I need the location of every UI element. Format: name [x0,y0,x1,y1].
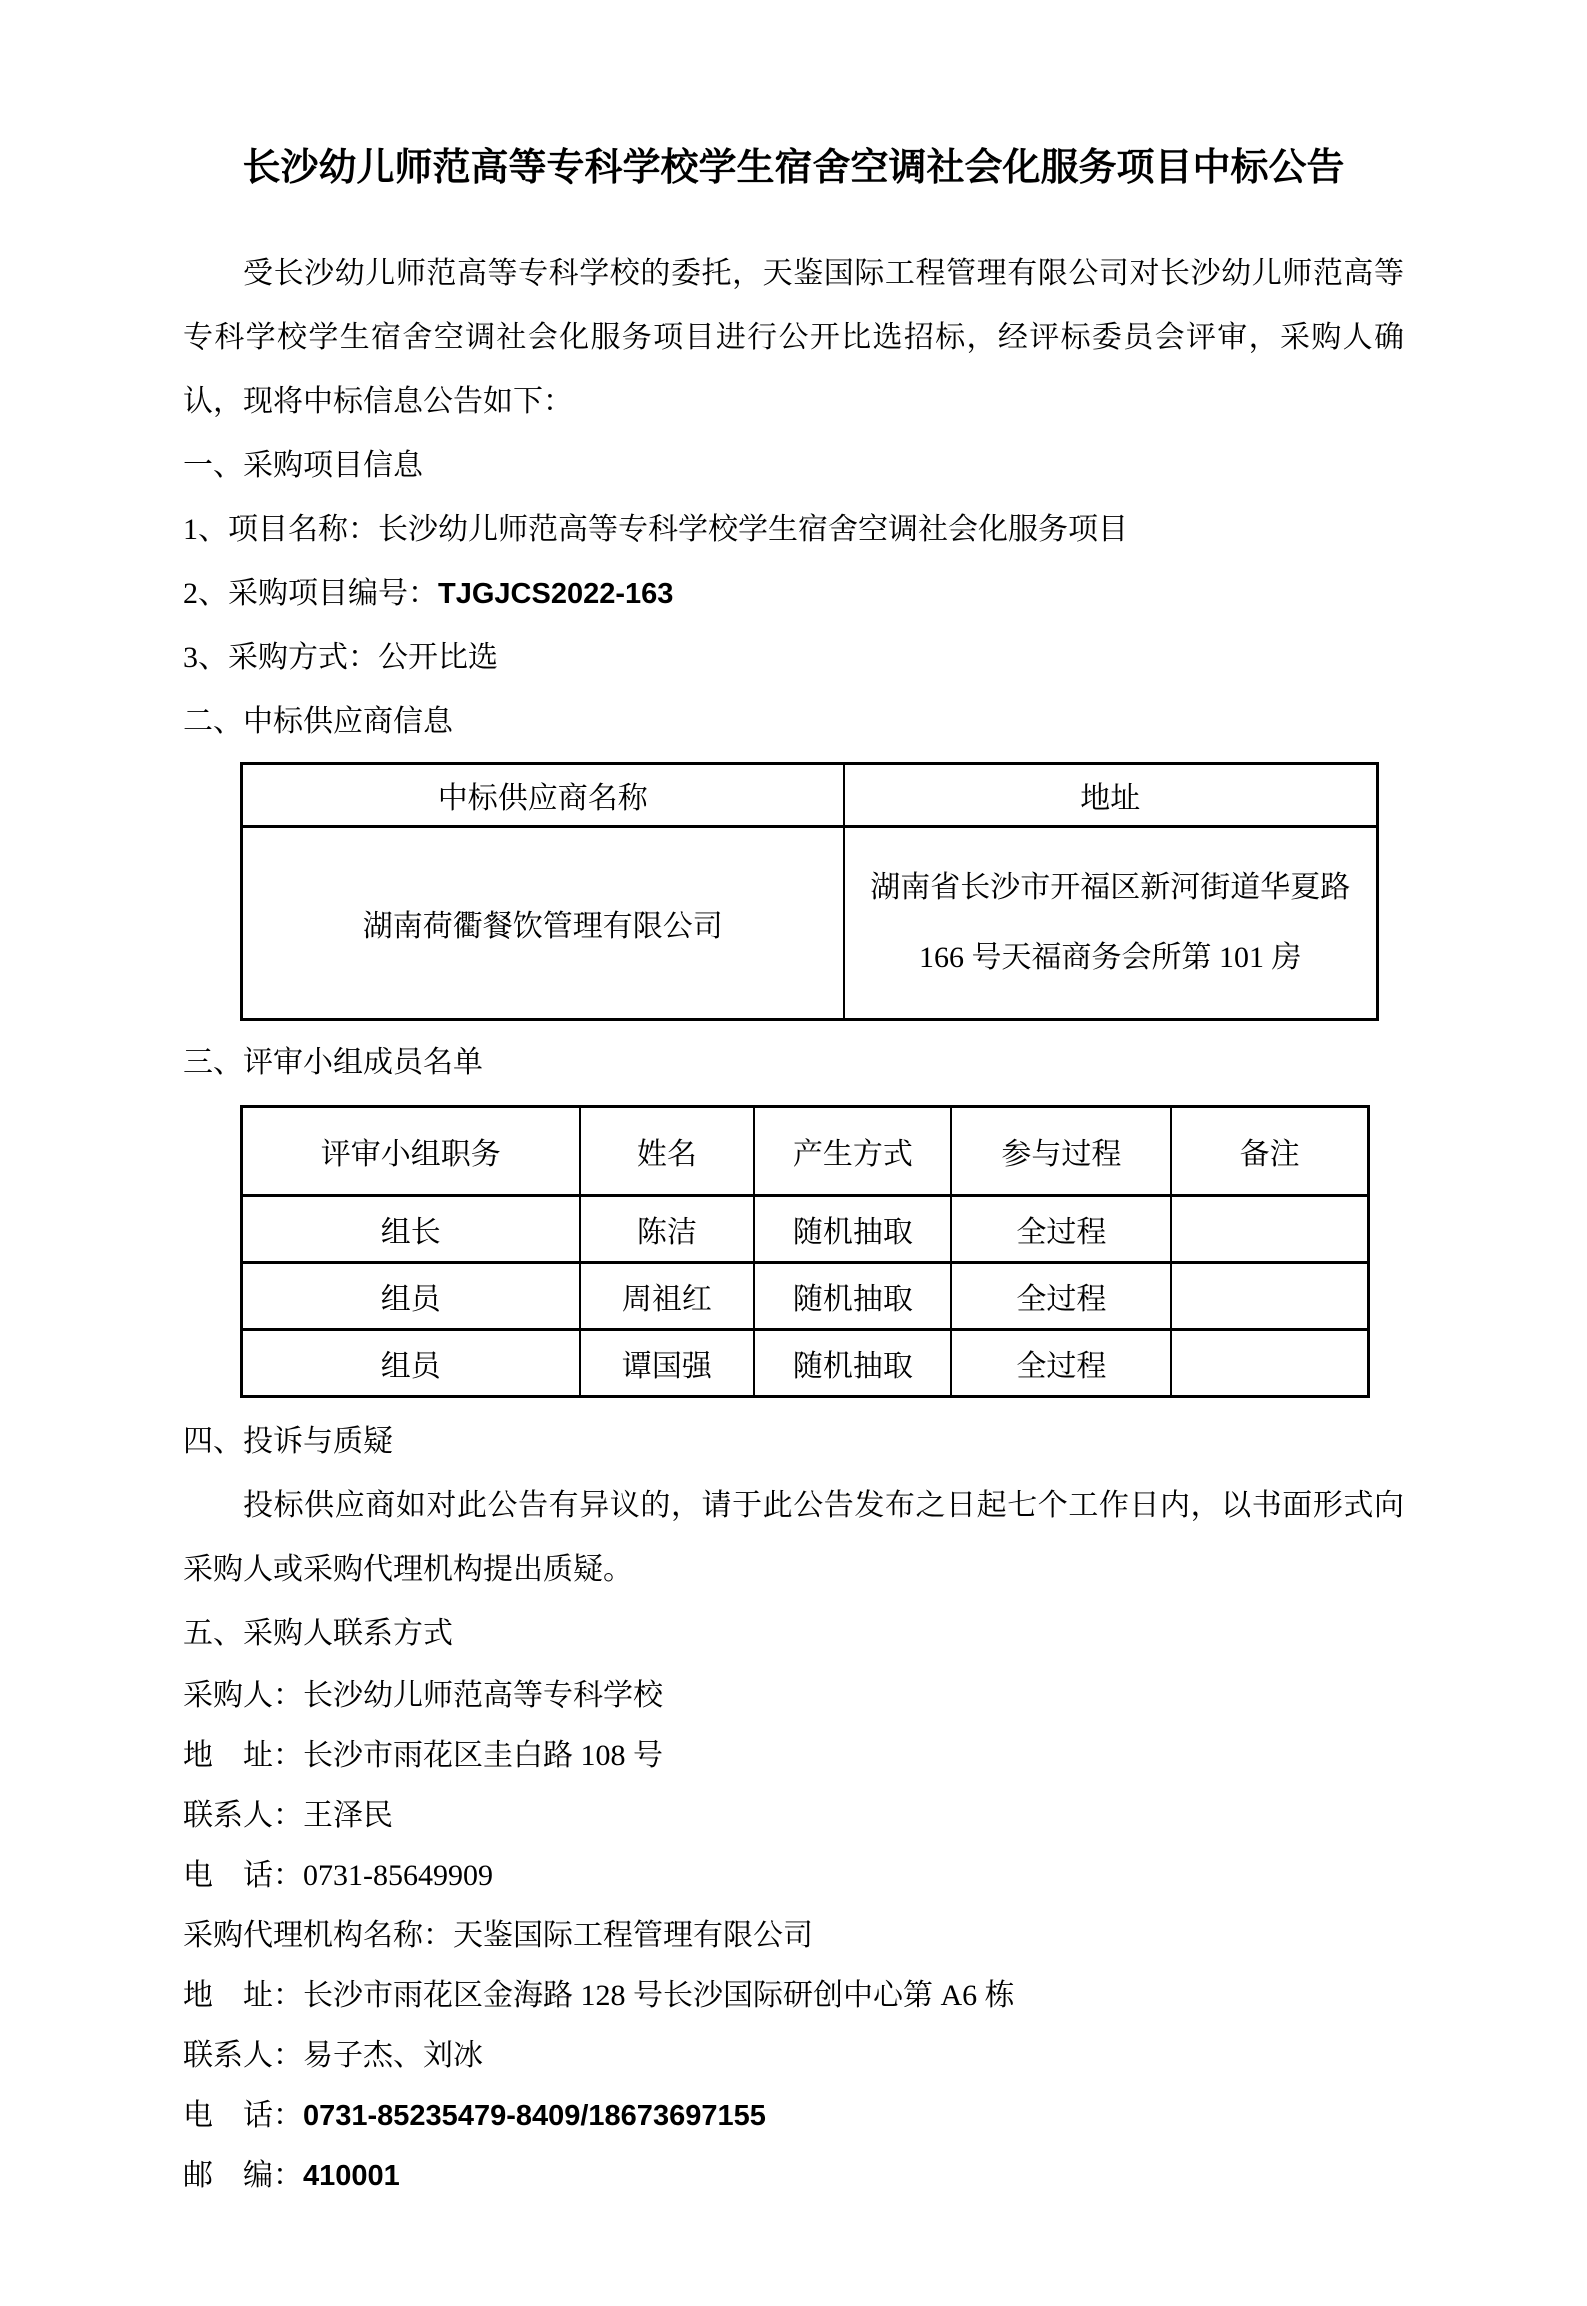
project-number-label: 2、采购项目编号： [183,577,438,610]
intro-paragraph: 受长沙幼儿师范高等专科学校的委托，天鉴国际工程管理有限公司对长沙幼儿师范高等专科… [183,242,1404,434]
supplier-address-header: 地址 [844,764,1378,827]
purchaser-address-line: 地 址：长沙市雨花区圭白路 108 号 [183,1726,1404,1786]
agency-address-line: 地 址：长沙市雨花区金海路 128 号长沙国际研创中心第 A6 栋 [183,1966,1404,2026]
agency-phone-label: 电 话： [183,2099,303,2132]
panel-role-cell: 组员 [242,1330,580,1397]
panel-method-cell: 随机抽取 [754,1196,951,1263]
panel-remark-cell [1171,1263,1368,1330]
panel-table-header-row: 评审小组职务 姓名 产生方式 参与过程 备注 [242,1107,1369,1196]
panel-participation-cell: 全过程 [951,1196,1171,1263]
agency-phone-line: 电 话：0731-85235479-8409/18673697155 [183,2086,1404,2146]
document-title: 长沙幼儿师范高等专科学校学生宿舍空调社会化服务项目中标公告 [183,140,1404,196]
agency-postcode-line: 邮 编：410001 [183,2146,1404,2206]
agency-contact-line: 联系人：易子杰、刘冰 [183,2026,1404,2086]
purchaser-phone-line: 电 话：0731-85649909 [183,1846,1404,1906]
panel-method-cell: 随机抽取 [754,1263,951,1330]
agency-postcode-value: 410001 [303,2160,400,2192]
purchaser-phone-value: 0731-85649909 [303,1859,493,1892]
section5-heading: 五、采购人联系方式 [183,1602,1404,1666]
document-page: 长沙幼儿师范高等专科学校学生宿舍空调社会化服务项目中标公告 受长沙幼儿师范高等专… [0,0,1587,2306]
panel-name-cell: 陈洁 [580,1196,755,1263]
project-number-line: 2、采购项目编号：TJGJCS2022-163 [183,562,1404,626]
agency-phone-value: 0731-85235479-8409/18673697155 [303,2100,766,2132]
panel-participation-cell: 全过程 [951,1330,1171,1397]
section1-heading: 一、采购项目信息 [183,434,1404,498]
section2-heading: 二、中标供应商信息 [183,690,1404,754]
section4-heading: 四、投诉与质疑 [183,1410,1404,1474]
panel-role-header: 评审小组职务 [242,1107,580,1196]
panel-table-row: 组员 周祖红 随机抽取 全过程 [242,1263,1369,1330]
panel-method-header: 产生方式 [754,1107,951,1196]
project-name-line: 1、项目名称：长沙幼儿师范高等专科学校学生宿舍空调社会化服务项目 [183,498,1404,562]
purchaser-contact-line: 联系人：王泽民 [183,1786,1404,1846]
purchaser-phone-label: 电 话： [183,1859,303,1892]
section3-heading: 三、评审小组成员名单 [183,1031,1404,1095]
evaluation-panel-table: 评审小组职务 姓名 产生方式 参与过程 备注 组长 陈洁 随机抽取 全过程 组员… [240,1105,1370,1398]
supplier-name-cell: 湖南荷衢餐饮管理有限公司 [242,827,844,1020]
panel-participation-cell: 全过程 [951,1263,1171,1330]
panel-role-cell: 组员 [242,1263,580,1330]
panel-role-cell: 组长 [242,1196,580,1263]
supplier-address-cell: 湖南省长沙市开福区新河街道华夏路 166 号天福商务会所第 101 房 [844,827,1378,1020]
agency-name-line: 采购代理机构名称：天鉴国际工程管理有限公司 [183,1906,1404,1966]
panel-name-cell: 谭国强 [580,1330,755,1397]
panel-name-header: 姓名 [580,1107,755,1196]
agency-postcode-label: 邮 编： [183,2159,303,2192]
panel-remark-cell [1171,1196,1368,1263]
supplier-table: 中标供应商名称 地址 湖南荷衢餐饮管理有限公司 湖南省长沙市开福区新河街道华夏路… [240,762,1379,1021]
supplier-table-row: 湖南荷衢餐饮管理有限公司 湖南省长沙市开福区新河街道华夏路 166 号天福商务会… [242,827,1378,1020]
procurement-method-line: 3、采购方式：公开比选 [183,626,1404,690]
supplier-table-header-row: 中标供应商名称 地址 [242,764,1378,827]
panel-participation-header: 参与过程 [951,1107,1171,1196]
panel-table-row: 组长 陈洁 随机抽取 全过程 [242,1196,1369,1263]
panel-remark-cell [1171,1330,1368,1397]
panel-remark-header: 备注 [1171,1107,1368,1196]
objection-paragraph: 投标供应商如对此公告有异议的，请于此公告发布之日起七个工作日内，以书面形式向采购… [183,1474,1404,1602]
project-number-value: TJGJCS2022-163 [438,578,673,610]
panel-method-cell: 随机抽取 [754,1330,951,1397]
supplier-name-header: 中标供应商名称 [242,764,844,827]
purchaser-name-line: 采购人：长沙幼儿师范高等专科学校 [183,1666,1404,1726]
panel-table-row: 组员 谭国强 随机抽取 全过程 [242,1330,1369,1397]
panel-name-cell: 周祖红 [580,1263,755,1330]
